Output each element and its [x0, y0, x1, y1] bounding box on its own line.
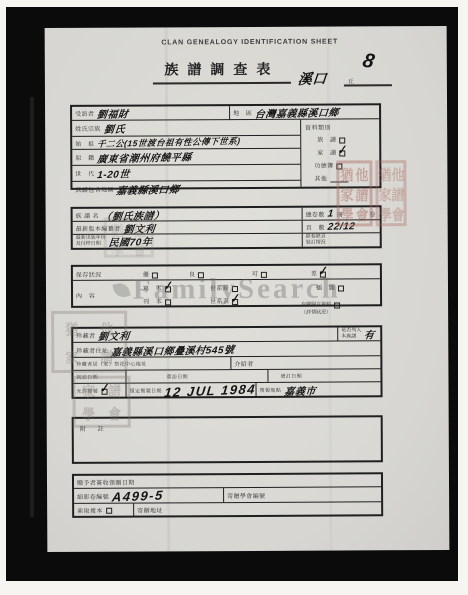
ancestral-hall-cell: 珍藏者居（家）祭祀中心地址	[73, 357, 231, 370]
surname-value: 劉氏	[103, 120, 126, 135]
content-women-data-note: （詳情狀況）	[301, 311, 340, 317]
seal-char: 他	[391, 162, 404, 185]
society-number-cell: 寄贈學會編號	[224, 487, 381, 502]
pages-value: 22/12	[327, 221, 356, 233]
request-copy-checkbox	[106, 507, 112, 513]
seal-char: 會	[392, 202, 405, 225]
missing-pages-cell: 缺卷缺頁 裝訂情況	[303, 233, 380, 246]
generations-value: 1-20世	[97, 165, 131, 181]
condition-table: 保存狀況 優 良 可 差 ✓ 內 容 寫 本 ✓	[71, 263, 382, 308]
allow-copy-label: 允許複製	[77, 388, 99, 395]
holder-table: 珍藏者 劉文利 是否列入 本族譜 有 珍藏者住址 嘉義縣溪口鄉疊溪村545號 珍…	[71, 325, 382, 399]
option-gongdebu-label: 功德簿	[314, 161, 333, 170]
remarks-table: 附 註	[72, 415, 383, 464]
scanned-genealogy-sheet: { "header": { "en_title": "CLAN GENEALOG…	[0, 0, 468, 595]
listed-label: 是否列入 本族譜	[341, 328, 361, 340]
content-printed: 刊 本	[143, 296, 171, 305]
pages-cell: 頁 數 22/12	[303, 220, 380, 232]
title-row: 族 譜 名 （劉氏族譜）	[73, 208, 303, 221]
origin-label: 原 籍	[75, 153, 94, 162]
check-mark: ✓	[317, 264, 329, 279]
request-copy-label: 索取複本	[77, 506, 103, 515]
category-header: 資料類別	[305, 122, 375, 131]
interviewee-cell: 受訪者 劉福財	[72, 106, 230, 120]
content-women-data-label: 有關婦女資料	[301, 303, 331, 309]
content-illustrations-label: 插 圖	[316, 283, 335, 292]
pubyear-label: 最新出版年份 及付梓日期	[76, 235, 106, 247]
content-women-data: 有關婦女資料 （詳情狀況）	[301, 293, 340, 317]
surname-label: 姓氏宗族	[75, 124, 101, 133]
copy-date-cell: 預定複製日期 12 JUL 1984	[126, 383, 256, 399]
content-manuscript-label: 寫 本	[143, 283, 162, 292]
volumes-value: 1	[327, 208, 334, 219]
content-lineage-chart-checkbox: ✓	[232, 299, 238, 305]
condition-good: 良	[189, 269, 204, 278]
condition-good-label: 良	[189, 269, 195, 278]
film-scratch	[30, 97, 34, 517]
condition-good-checkbox	[198, 272, 204, 278]
missing-label-line2: 裝訂情況	[306, 239, 326, 245]
compiler-label: 最新版本編纂者	[76, 223, 121, 232]
film-number-cell: 縮影卷編號 A499-5	[74, 488, 224, 503]
donation-address-cell: 寄贈地址	[134, 502, 381, 516]
pubyear-row: 最新出版年份 及付梓日期 民國70年	[73, 234, 303, 248]
content-illustrations: 插 圖	[316, 282, 344, 291]
holder-address-row: 珍藏者住址 嘉義縣溪口鄉疊溪村545號	[73, 341, 380, 358]
check-mark: ✓	[162, 279, 174, 294]
amend-date-label: 增訂日期	[280, 372, 302, 379]
donation-address-label: 寄贈地址	[137, 505, 163, 514]
holder-row: 珍藏者 劉文利	[73, 328, 338, 342]
film-number-label: 縮影卷編號	[77, 491, 109, 500]
origin-value: 廣東省潮州府饒平縣	[97, 148, 193, 165]
request-copy-cell: 索取複本	[74, 504, 134, 517]
content-lineage-chart: 世系表 ✓	[210, 296, 238, 305]
volumes-label: 總卷數	[306, 209, 325, 218]
holder-address-label: 珍藏者住址	[76, 345, 108, 354]
listed-label-line2: 本族譜	[341, 333, 356, 339]
first-ancestor-label: 始 祖	[75, 138, 94, 147]
handwritten-serial: 8	[360, 50, 377, 74]
option-other: 其他	[314, 173, 348, 182]
serial-underline	[344, 84, 392, 86]
option-zupu: 族 譜	[317, 134, 345, 143]
condition-fair: 可	[252, 269, 267, 278]
content-lineage-record-label: 世系錄	[210, 283, 229, 292]
condition-fair-label: 可	[252, 269, 258, 278]
origin-row: 原 籍 廣東省潮州府饒平縣	[72, 149, 300, 166]
covered-area-row: 族譜包含地區 嘉義縣溪口鄉	[72, 181, 300, 197]
interviewee-value: 劉福財	[97, 105, 130, 121]
english-title: CLAN GENEALOGY IDENTIFICATION SHEET	[145, 38, 355, 46]
amend-date-cell: 增訂日期	[268, 369, 380, 382]
copy-place-label: 複製地點	[260, 387, 282, 394]
condition-fair-checkbox	[261, 272, 267, 278]
content-illustrations-checkbox	[338, 285, 344, 291]
listed-value: 有	[363, 326, 375, 341]
option-other-label: 其他	[314, 174, 327, 183]
interviewee-label: 受訪者	[75, 109, 94, 118]
introducer-cell: 介紹者	[231, 356, 380, 369]
region-value: 台灣嘉義縣溪口鄉	[254, 104, 340, 121]
volumes-unit1: 冊	[337, 209, 343, 218]
form-page: CLAN GENEALOGY IDENTIFICATION SHEET 族譜調查…	[45, 26, 450, 552]
seal-char: 譜	[391, 182, 404, 205]
pubyear-label-line2: 及付梓日期	[76, 240, 101, 246]
revisit-label: 重訪日期	[166, 373, 188, 380]
content-printed-checkbox	[165, 299, 171, 305]
page-title: 族譜調查表	[153, 59, 291, 85]
region-cell: 地 區 台灣嘉義縣溪口鄉	[230, 105, 379, 119]
handwritten-place: 溪口	[297, 68, 328, 89]
holder-address-value: 嘉義縣溪口鄉疊溪村545號	[110, 340, 235, 358]
check-mark: ✓	[229, 291, 241, 306]
generations-label: 世 代	[75, 169, 94, 178]
copy-date-label: 預定複製日期	[130, 387, 162, 394]
condition-excellent-checkbox	[152, 272, 158, 278]
donation-table: 贈予者簽收領贈日期 縮影卷編號 A499-5 寄贈學會編號 索取複本 寄贈地址	[72, 472, 383, 518]
option-zupu-label: 族 譜	[317, 135, 336, 144]
option-jiapu-checkbox: ✓	[339, 150, 345, 156]
option-gongdebu-checkbox	[337, 163, 343, 169]
condition-poor-checkbox: ✓	[320, 272, 326, 278]
generations-row: 世 代 1-20世	[72, 165, 300, 182]
option-jiapu-label: 家 譜	[317, 148, 336, 157]
content-lineage-chart-label: 世系表	[210, 296, 229, 305]
copy-place-cell: 複製地點 嘉義市	[256, 382, 380, 398]
content-manuscript-checkbox: ✓	[165, 286, 171, 292]
volumes-unit2: 卷	[369, 209, 375, 218]
allow-copy-cell: 允許複製 ✓	[73, 384, 126, 399]
ancestral-hall-label: 珍藏者居（家）祭祀中心地址	[76, 360, 146, 367]
remarks-label: 附 註	[80, 424, 107, 433]
first-visit-label: 初訪日期	[76, 373, 98, 380]
condition-poor-label: 差	[311, 269, 317, 278]
first-ancestor-value: 千二公(15世渡台祖有性公傳下世系)	[97, 135, 242, 150]
first-visit-cell: 初訪日期	[73, 371, 126, 383]
volumes-cell: 總卷數 1 冊 卷	[303, 207, 380, 219]
content-lineage-record: 世系錄	[210, 283, 238, 292]
condition-excellent: 優	[143, 269, 158, 278]
option-jiapu: 家 譜 ✓	[317, 147, 345, 156]
holder-label: 珍藏者	[76, 331, 95, 340]
check-mark: ✓	[336, 143, 348, 158]
surname-row: 姓氏宗族 劉氏	[72, 120, 300, 137]
interview-table: 受訪者 劉福財 地 區 台灣嘉義縣溪口鄉 姓氏宗族 劉氏 始 祖 千二公(15世…	[70, 103, 381, 190]
listed-cell: 是否列入 本族譜 有	[338, 327, 380, 340]
copy-place-value: 嘉義市	[283, 382, 316, 398]
content-printed-label: 刊 本	[143, 296, 162, 305]
content-manuscript: 寫 本 ✓	[143, 283, 171, 292]
introducer-label: 介紹者	[234, 358, 253, 367]
category-box: 資料類別 族 譜 家 譜 ✓ 功德簿 其他	[301, 119, 379, 186]
option-other-underline	[330, 174, 348, 182]
donor-sign-label: 贈予者簽收領贈日期	[77, 477, 135, 486]
pages-label: 頁 數	[306, 222, 325, 231]
genealogy-title-label: 族 譜 名	[76, 210, 99, 219]
film-number-value: A499-5	[111, 487, 164, 504]
condition-excellent-label: 優	[143, 270, 149, 279]
missing-pages-label: 缺卷缺頁 裝訂情況	[306, 234, 326, 246]
copy-date-value: 12 JUL 1984	[164, 381, 257, 400]
condition-label: 保存狀況	[76, 270, 102, 279]
condition-poor: 差 ✓	[311, 269, 326, 278]
allow-copy-checkbox: ✓	[101, 388, 107, 394]
covered-area-value: 嘉義縣溪口鄉	[116, 181, 181, 197]
pubyear-value: 民國70年	[108, 233, 153, 249]
option-gongdebu: 功德簿	[314, 160, 342, 169]
covered-area-label: 族譜包含地區	[75, 185, 113, 194]
society-number-label: 寄贈學會編號	[227, 490, 265, 499]
genealogy-table: 族 譜 名 （劉氏族譜） 總卷數 1 冊 卷 最新版本編纂者 劉文利 頁 數 2…	[71, 205, 382, 250]
region-label: 地 區	[233, 108, 252, 117]
holder-value: 劉文利	[98, 327, 131, 343]
content-label: 內 容	[76, 291, 95, 300]
content-women-data-checkbox	[334, 302, 340, 308]
